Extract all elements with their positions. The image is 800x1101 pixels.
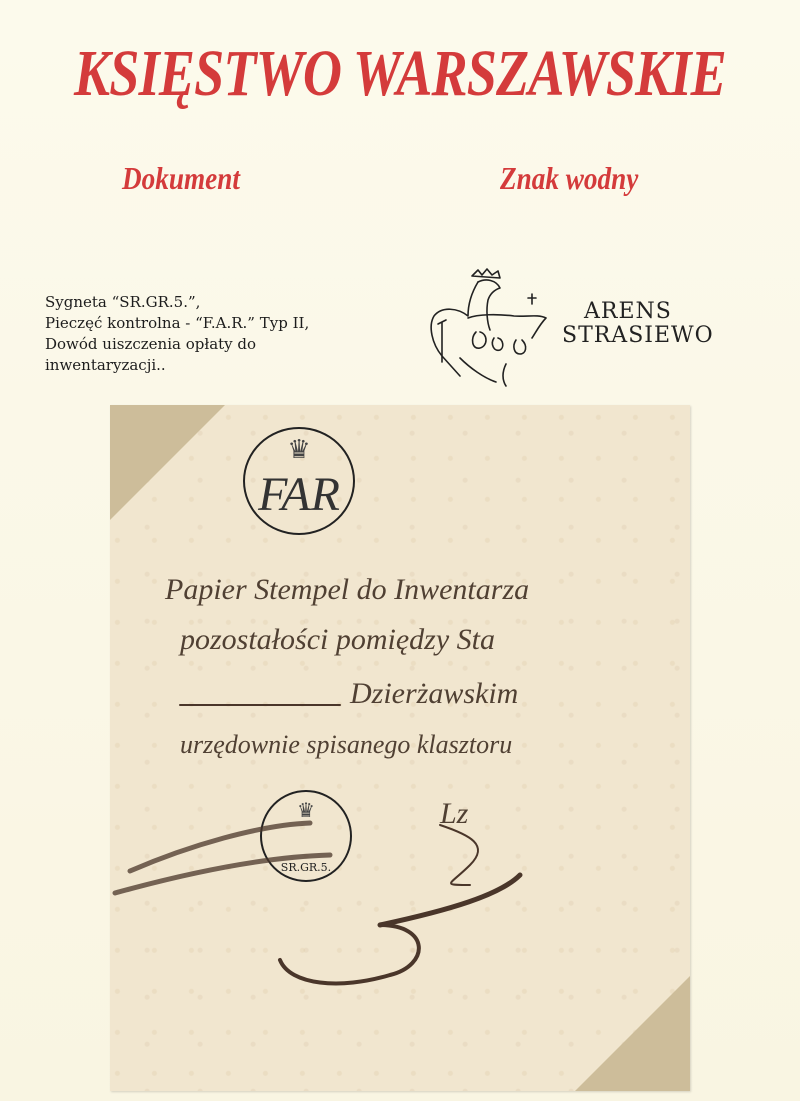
page-title: KSIĘSTWO WARSZAWSKIE (72, 36, 728, 112)
historical-document: ♛ FAR Papier Stempel do Inwentarza pozos… (110, 405, 690, 1091)
watermark-line: STRASIEWO (562, 324, 714, 348)
eagle-watermark-icon (420, 262, 560, 392)
caption-line: Pieczęć kontrolna - “F.A.R.” Typ II, (45, 313, 415, 334)
watermark-heading: Znak wodny (500, 160, 638, 197)
caption-line: inwentaryzacji.. (45, 355, 415, 376)
page: KSIĘSTWO WARSZAWSKIE Dokument Znak wodny… (0, 0, 800, 1101)
document-caption: Sygneta “SR.GR.5.”, Pieczęć kontrolna - … (45, 292, 415, 376)
caption-line: Dowód uiszczenia opłaty do (45, 334, 415, 355)
ink-flourishes (110, 405, 690, 1091)
watermark-line: ARENS (562, 300, 714, 324)
watermark-text: ARENS STRASIEWO (562, 300, 714, 348)
caption-line: Sygneta “SR.GR.5.”, (45, 292, 415, 313)
document-heading: Dokument (122, 160, 240, 197)
